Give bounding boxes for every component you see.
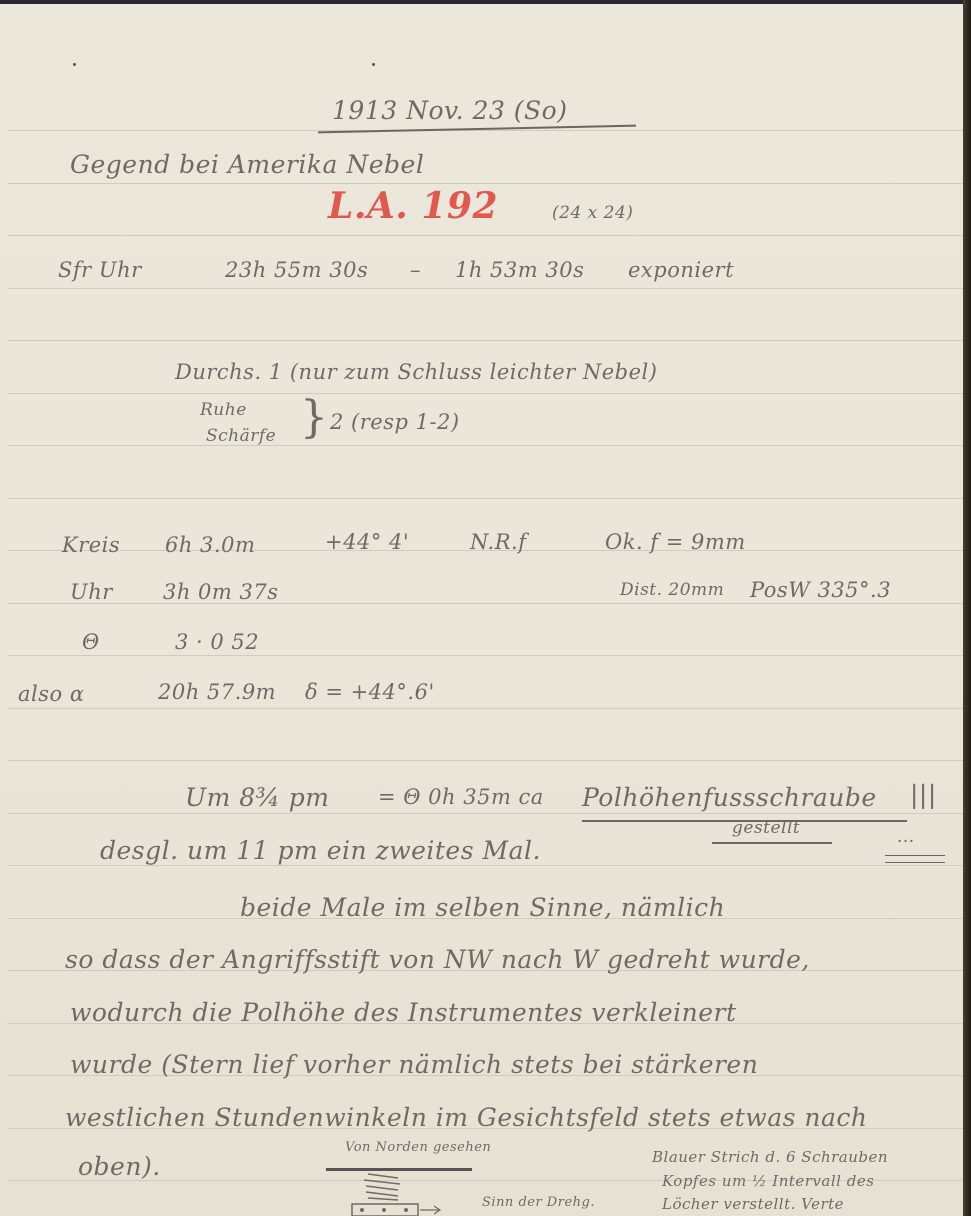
okular-focal: Ok. f = 9mm <box>605 530 746 554</box>
ruled-line <box>8 760 963 761</box>
note-time-b: = Θ 0h 35m ca <box>378 785 544 809</box>
plate-id: L.A. 192 <box>328 185 498 227</box>
uhr-label: Uhr <box>70 580 113 604</box>
theta-label: Θ <box>82 630 100 654</box>
sketch-caption: Von Norden gesehen <box>345 1140 491 1155</box>
exposure-note: exponiert <box>628 258 734 282</box>
ruled-line <box>8 340 963 341</box>
note-line-3: beide Male im selben Sinne, nämlich <box>240 893 725 922</box>
note-line-7: westlichen Stundenwinkeln im Gesichtsfel… <box>65 1103 868 1132</box>
distance: Dist. 20mm <box>620 580 724 600</box>
side-note-3: Löcher verstellt. Verte <box>662 1195 844 1213</box>
nrf-label: N.R.f <box>470 530 526 554</box>
ruled-line <box>8 393 963 394</box>
exposure-dash: – <box>410 258 421 282</box>
ruled-line <box>8 235 963 236</box>
sketch-arrow-label: Sinn der Drehg. <box>482 1195 595 1210</box>
ruled-line <box>8 183 963 184</box>
position-angle: PosW 335°.3 <box>750 578 891 602</box>
alpha-value: 20h 57.9m <box>158 680 276 704</box>
uhr-time: 3h 0m 37s <box>163 580 279 604</box>
marks-underline <box>885 855 945 856</box>
side-note-1: Blauer Strich d. 6 Schrauben <box>652 1148 888 1166</box>
marks-underline <box>885 862 945 863</box>
notebook-page: 1913 Nov. 23 (So) Gegend bei Amerika Neb… <box>0 0 963 1216</box>
exposure-start: 23h 55m 30s <box>225 258 368 282</box>
note-line-6: wurde (Stern lief vorher nämlich stets b… <box>70 1050 758 1079</box>
also-alpha-label: also α <box>18 682 85 706</box>
screw-sketch-icon <box>340 1170 450 1216</box>
exposure-end: 1h 53m 30s <box>455 258 584 282</box>
notebook-top-edge <box>0 0 971 4</box>
emphasis-marks: ||| <box>910 780 937 809</box>
ruled-line <box>8 445 963 446</box>
ruled-line <box>8 288 963 289</box>
side-note-2: Kopfes um ½ Intervall des <box>662 1172 874 1190</box>
kreis-ra: 6h 3.0m <box>165 533 255 557</box>
date-heading: 1913 Nov. 23 (So) <box>332 96 568 125</box>
kreis-dec: +44° 4' <box>325 530 409 554</box>
schaerfe-label: Schärfe <box>206 426 276 446</box>
note-polhoehe: Polhöhenfussschraube <box>582 783 877 812</box>
ruled-line <box>8 498 963 499</box>
note-line-4: so dass der Angriffsstift von NW nach W … <box>65 945 810 974</box>
ruled-line <box>8 655 963 656</box>
durchsicht-note: Durchs. 1 (nur zum Schluss leichter Nebe… <box>175 360 657 384</box>
note-time-a: Um 8¾ pm <box>185 783 330 812</box>
delta-value: δ = +44°.6' <box>305 680 435 704</box>
ruled-line <box>8 603 963 604</box>
region-title: Gegend bei Amerika Nebel <box>70 150 424 179</box>
kreis-label: Kreis <box>62 533 120 557</box>
note-line-5: wodurch die Polhöhe des Instrumentes ver… <box>70 998 737 1027</box>
exposure-label: Sfr Uhr <box>58 258 142 282</box>
ruhe-label: Ruhe <box>200 400 247 420</box>
notebook-spine-edge <box>963 0 971 1216</box>
date-underline <box>318 125 636 134</box>
ruled-line <box>8 708 963 709</box>
ruled-line <box>8 813 963 814</box>
ruled-line <box>8 865 963 866</box>
theta-value: 3 · 0 52 <box>175 630 259 654</box>
note-gestellt: gestellt <box>732 818 800 838</box>
paper-speck <box>372 63 375 66</box>
note-line-2: desgl. um 11 pm ein zweites Mal. <box>100 836 541 865</box>
brace-symbol: } <box>300 396 328 440</box>
gestellt-underline <box>712 842 832 844</box>
note-line-8: oben). <box>78 1152 161 1181</box>
ruled-line <box>8 130 963 131</box>
ellipsis-marks: ··· <box>897 832 915 852</box>
plate-size: (24 x 24) <box>552 203 633 223</box>
paper-speck <box>73 63 76 66</box>
ruhe-schaerfe-value: 2 (resp 1-2) <box>330 410 460 434</box>
